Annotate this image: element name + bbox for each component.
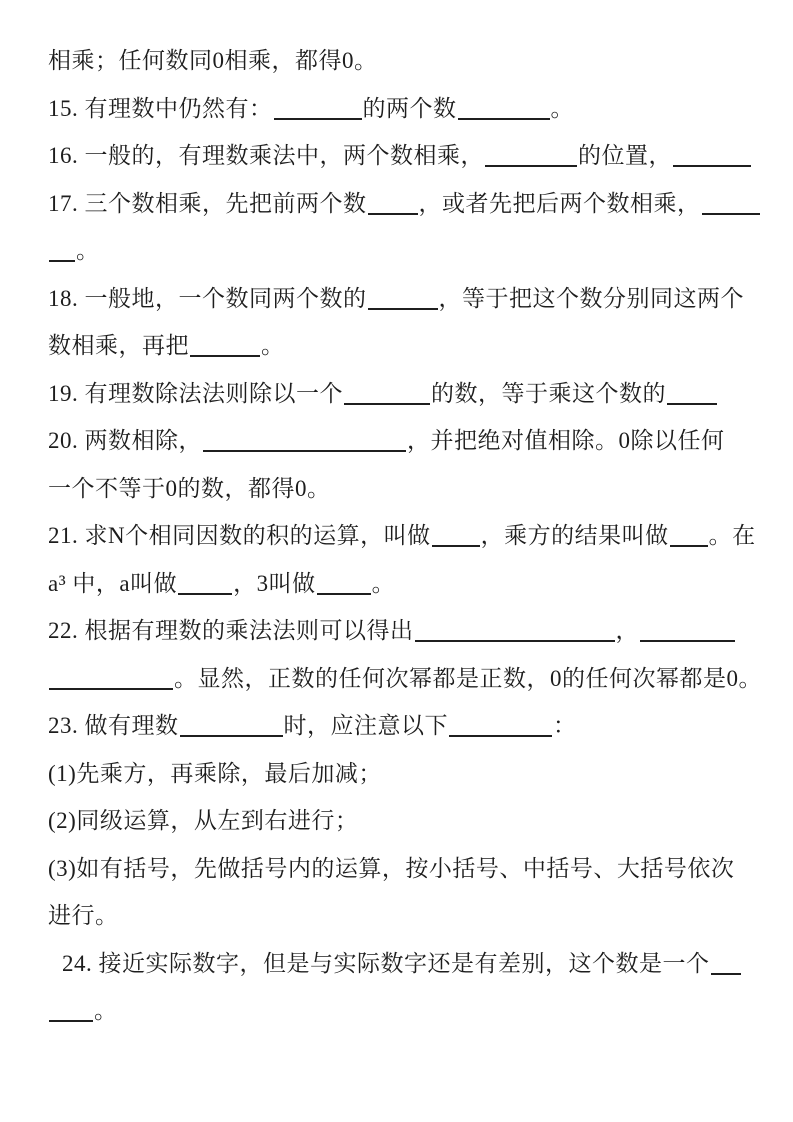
document-line: 。 [48, 987, 749, 1035]
document-line: 。显然，正数的任何次幂都是正数，0的任何次幂都是0。 [48, 655, 749, 703]
line-text: 19. 有理数除法法则除以一个 [48, 381, 343, 406]
document-line: 20. 两数相除，，并把绝对值相除。0除以任何 [48, 417, 749, 465]
document-line: (1)先乘方，再乘除，最后加减； [48, 750, 749, 798]
line-text: ，等于把这个数分别同这两个 [439, 286, 745, 311]
line-text: 22. 根据有理数的乘法法则可以得出 [48, 618, 414, 643]
document-line: 23. 做有理数时，应注意以下： [48, 702, 749, 750]
document-line: 一个不等于0的数，都得0。 [48, 465, 749, 513]
document-line: a³ 中，a叫做，3叫做。 [48, 560, 749, 608]
line-text: a³ 中，a叫做 [48, 571, 177, 596]
document-line: 15. 有理数中仍然有：的两个数。 [48, 85, 749, 133]
line-text: (3)如有括号，先做括号内的运算，按小括号、中括号、大括号依次 [48, 856, 734, 881]
line-text: 。 [372, 571, 396, 596]
line-text: (2)同级运算，从左到右进行； [48, 808, 358, 833]
line-text: 时，应注意以下 [284, 713, 449, 738]
line-text: 数相乘，再把 [48, 333, 189, 358]
document-line: 21. 求N个相同因数的积的运算，叫做，乘方的结果叫做。在 [48, 512, 749, 560]
line-text: 15. 有理数中仍然有： [48, 96, 273, 121]
worksheet-page: 相乘；任何数同0相乘，都得0。15. 有理数中仍然有：的两个数。16. 一般的，… [0, 0, 793, 1122]
document-line: 22. 根据有理数的乘法法则可以得出， [48, 607, 749, 655]
line-text: 。 [261, 333, 285, 358]
line-text: 20. 两数相除， [48, 428, 202, 453]
blank-field [368, 308, 438, 310]
blank-field [190, 355, 260, 357]
blank-field [49, 688, 173, 690]
line-text: 的两个数 [363, 96, 457, 121]
document-line: 数相乘，再把。 [48, 322, 749, 370]
blank-field [49, 260, 75, 262]
blank-field [673, 165, 751, 167]
document-line: 18. 一般地，一个数同两个数的，等于把这个数分别同这两个 [48, 275, 749, 323]
line-text: 21. 求N个相同因数的积的运算，叫做 [48, 523, 431, 548]
blank-field [670, 545, 708, 547]
blank-field [178, 593, 232, 595]
blank-field [180, 735, 283, 737]
document-line: 相乘；任何数同0相乘，都得0。 [48, 37, 749, 85]
document-line: 16. 一般的，有理数乘法中，两个数相乘，的位置， [48, 132, 749, 180]
line-text: 。在 [709, 523, 756, 548]
document-body: 相乘；任何数同0相乘，都得0。15. 有理数中仍然有：的两个数。16. 一般的，… [48, 37, 749, 1035]
line-text: ， [616, 618, 640, 643]
line-text: 24. 接近实际数字，但是与实际数字还是有差别，这个数是一个 [62, 951, 710, 976]
blank-field [344, 403, 430, 405]
line-text: 进行。 [48, 903, 119, 928]
line-text: 23. 做有理数 [48, 713, 179, 738]
line-text: 的数，等于乘这个数的 [431, 381, 666, 406]
blank-field [274, 118, 362, 120]
document-line: 进行。 [48, 892, 749, 940]
blank-field [711, 973, 741, 975]
line-text: 16. 一般的，有理数乘法中，两个数相乘， [48, 143, 484, 168]
line-text: 相乘；任何数同0相乘，都得0。 [48, 48, 378, 73]
line-text: 一个不等于0的数，都得0。 [48, 476, 331, 501]
line-text: 。显然，正数的任何次幂都是正数，0的任何次幂都是0。 [174, 666, 762, 691]
blank-field [432, 545, 480, 547]
line-text: 17. 三个数相乘，先把前两个数 [48, 191, 367, 216]
document-line: (3)如有括号，先做括号内的运算，按小括号、中括号、大括号依次 [48, 845, 749, 893]
blank-field [667, 403, 717, 405]
line-text: 18. 一般地，一个数同两个数的 [48, 286, 367, 311]
blank-field [485, 165, 577, 167]
line-text: 。 [76, 238, 100, 263]
line-text: ，乘方的结果叫做 [481, 523, 669, 548]
blank-field [49, 1020, 93, 1022]
document-line: (2)同级运算，从左到右进行； [48, 797, 749, 845]
line-text: ，或者先把后两个数相乘， [419, 191, 701, 216]
line-text: ，并把绝对值相除。0除以任何 [407, 428, 725, 453]
document-line: 。 [48, 227, 749, 275]
document-line: 19. 有理数除法法则除以一个的数，等于乘这个数的 [48, 370, 749, 418]
line-text: 。 [551, 96, 575, 121]
blank-field [458, 118, 550, 120]
line-text: 。 [94, 998, 118, 1023]
document-line: 17. 三个数相乘，先把前两个数，或者先把后两个数相乘， [48, 180, 749, 228]
blank-field [415, 640, 615, 642]
line-text: ： [553, 713, 577, 738]
blank-field [368, 213, 418, 215]
blank-field [449, 735, 552, 737]
blank-field [640, 640, 735, 642]
blank-field [317, 593, 371, 595]
blank-field [203, 450, 406, 452]
blank-field [702, 213, 760, 215]
line-text: ，3叫做 [233, 571, 316, 596]
line-text: 的位置， [578, 143, 672, 168]
line-text: (1)先乘方，再乘除，最后加减； [48, 761, 382, 786]
document-line: 24. 接近实际数字，但是与实际数字还是有差别，这个数是一个 [48, 940, 749, 988]
